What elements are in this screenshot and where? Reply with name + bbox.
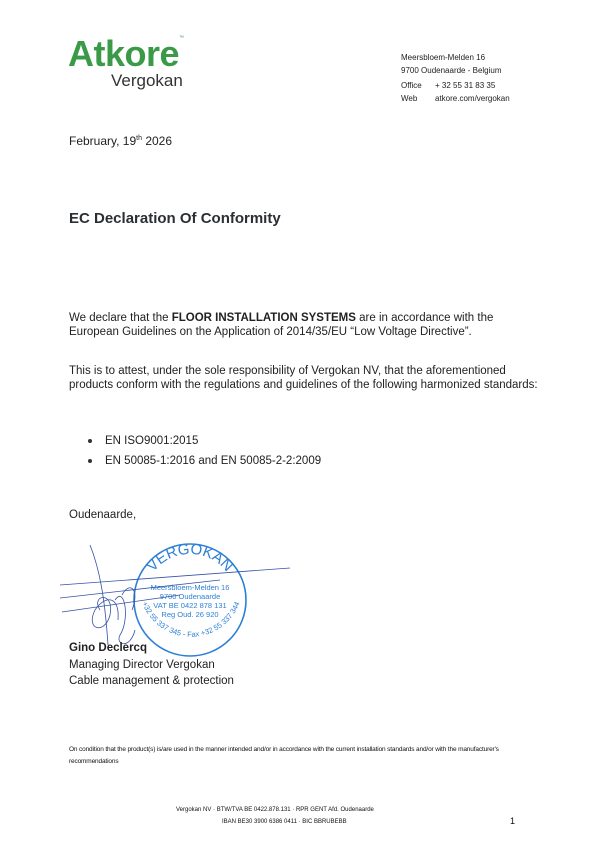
logo-brand: Atkore <box>68 33 179 74</box>
web-address[interactable]: atkore.com/vergokan <box>435 92 510 105</box>
page-number: 1 <box>510 816 515 826</box>
declaration-paragraph: We declare that the FLOOR INSTALLATION S… <box>69 311 539 339</box>
signing-place: Oudenaarde, <box>69 509 136 521</box>
signer-name: Gino Declercq <box>69 640 234 657</box>
date-year: 2026 <box>142 134 172 148</box>
trademark-mark: ™ <box>179 35 184 41</box>
signer-block: Gino Declercq Managing Director Vergokan… <box>69 640 234 690</box>
logo-subtitle: Vergokan <box>111 72 183 89</box>
standard-item: EN ISO9001:2015 <box>88 431 321 451</box>
address-city: 9700 Oudenaarde - Belgium <box>401 64 510 77</box>
footer-company-info: Vergokan NV · BTW/TVA BE 0422.878.131 · … <box>176 807 374 813</box>
condition-note: On condition that the product(s) is/are … <box>69 744 519 768</box>
web-label: Web <box>401 92 435 105</box>
signer-department: Cable management & protection <box>69 673 234 690</box>
company-stamp-icon: VERGOKAN +32 55 337 345 - Fax +32 55 337… <box>134 541 246 656</box>
attestation-paragraph: This is to attest, under the sole respon… <box>69 364 539 392</box>
address-street: Meersbloem-Melden 16 <box>401 51 510 64</box>
product-name: FLOOR INSTALLATION SYSTEMS <box>172 312 356 324</box>
declaration-text-1: We declare that the <box>69 312 172 324</box>
date-day: February, 19 <box>69 134 136 148</box>
svg-text:Meersbloem-Melden 16: Meersbloem-Melden 16 <box>151 583 230 592</box>
svg-text:Reg Oud. 26 920: Reg Oud. 26 920 <box>161 610 218 619</box>
company-address: Meersbloem-Melden 16 9700 Oudenaarde - B… <box>401 51 510 105</box>
svg-text:VAT BE 0422 878 131: VAT BE 0422 878 131 <box>153 601 226 610</box>
office-phone: + 32 55 31 83 35 <box>435 79 495 92</box>
letter-date: February, 19th 2026 <box>69 134 172 148</box>
signer-role: Managing Director Vergokan <box>69 657 234 674</box>
standards-list: EN ISO9001:2015 EN 50085-1:2016 and EN 5… <box>88 431 321 471</box>
footer-bank-info: IBAN BE30 3900 6386 0411 · BIC BBRUBEBB <box>222 819 347 825</box>
document-title: EC Declaration Of Conformity <box>69 210 281 227</box>
office-label: Office <box>401 79 435 92</box>
standard-item: EN 50085-1:2016 and EN 50085-2-2:2009 <box>88 451 321 471</box>
svg-text:VERGOKAN: VERGOKAN <box>144 541 237 575</box>
company-logo: Atkore™ <box>68 36 184 72</box>
